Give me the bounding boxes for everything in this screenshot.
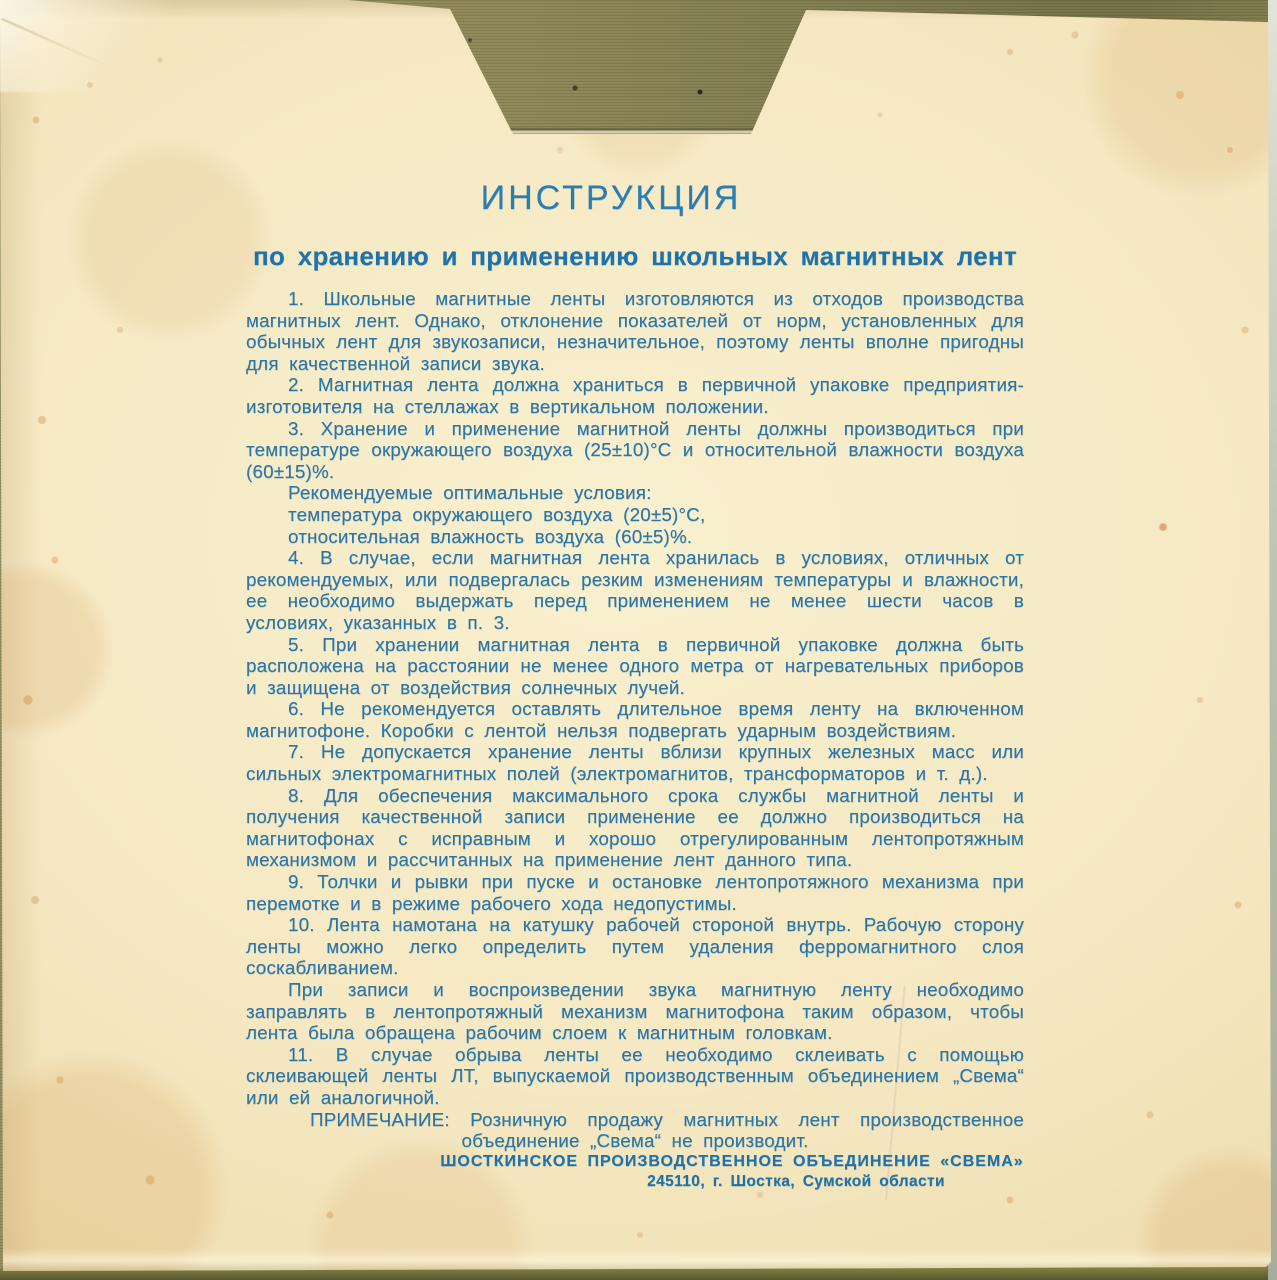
instruction-paragraph-5: 5. При хранении магнитная лента в первич… bbox=[246, 634, 1024, 699]
instruction-paragraph-3: 3. Хранение и применение магнитной ленты… bbox=[246, 418, 1024, 483]
instruction-sheet: ИНСТРУКЦИЯ по хранению и применению школ… bbox=[246, 178, 1024, 1191]
cardboard-back-panel: ИНСТРУКЦИЯ по хранению и применению школ… bbox=[0, 0, 1277, 1280]
instruction-paragraph-11: 11. В случае обрыва ленты ее необходимо … bbox=[246, 1044, 1024, 1109]
instruction-paragraph-7: 7. Не допускается хранение ленты вблизи … bbox=[246, 741, 1024, 784]
document-subtitle: по хранению и применению школьных магнит… bbox=[246, 240, 1024, 272]
crumpled-corner bbox=[0, 0, 182, 92]
footer-address: 245110, г. Шостка, Сумской области bbox=[386, 1172, 1164, 1191]
note-text: Розничную продажу магнитных лент произво… bbox=[462, 1109, 1025, 1152]
document-title: ИНСТРУКЦИЯ bbox=[222, 178, 1000, 218]
instruction-paragraph-8: 8. Для обеспечения максимального срока с… bbox=[246, 785, 1024, 871]
footer-organization: ШОСТКИНСКОЕ ПРОИЗВОДСТВЕННОЕ ОБЪЕДИНЕНИЕ… bbox=[322, 1152, 1100, 1172]
instruction-paragraph-4: 4. В случае, если магнитная лента хранил… bbox=[246, 547, 1024, 633]
optimal-conditions-temperature: температура окружающего воздуха (20±5)°С… bbox=[246, 504, 1024, 526]
thumb-notch-cut-edge bbox=[507, 128, 755, 134]
instruction-paragraph-10b: При записи и воспроизведении звука магни… bbox=[246, 979, 1024, 1044]
instruction-paragraph-9: 9. Толчки и рывки при пуске и остановке … bbox=[246, 871, 1024, 914]
note-paragraph: ПРИМЕЧАНИЕ: Розничную продажу магнитных … bbox=[246, 1109, 1024, 1152]
instruction-paragraph-6: 6. Не рекомендуется оставлять длительное… bbox=[246, 698, 1024, 741]
instruction-paragraph-1: 1. Школьные магнитные ленты изготовляютс… bbox=[246, 288, 1024, 374]
note-label: ПРИМЕЧАНИЕ: bbox=[310, 1109, 450, 1130]
instruction-paragraph-10: 10. Лента намотана на катушку рабочей ст… bbox=[246, 914, 1024, 979]
optimal-conditions-humidity: относительная влажность воздуха (60±5)%. bbox=[246, 526, 1024, 548]
optimal-conditions-heading: Рекомендуемые оптимальные условия: bbox=[246, 482, 1024, 504]
instruction-paragraph-2: 2. Магнитная лента должна храниться в пе… bbox=[246, 374, 1024, 417]
